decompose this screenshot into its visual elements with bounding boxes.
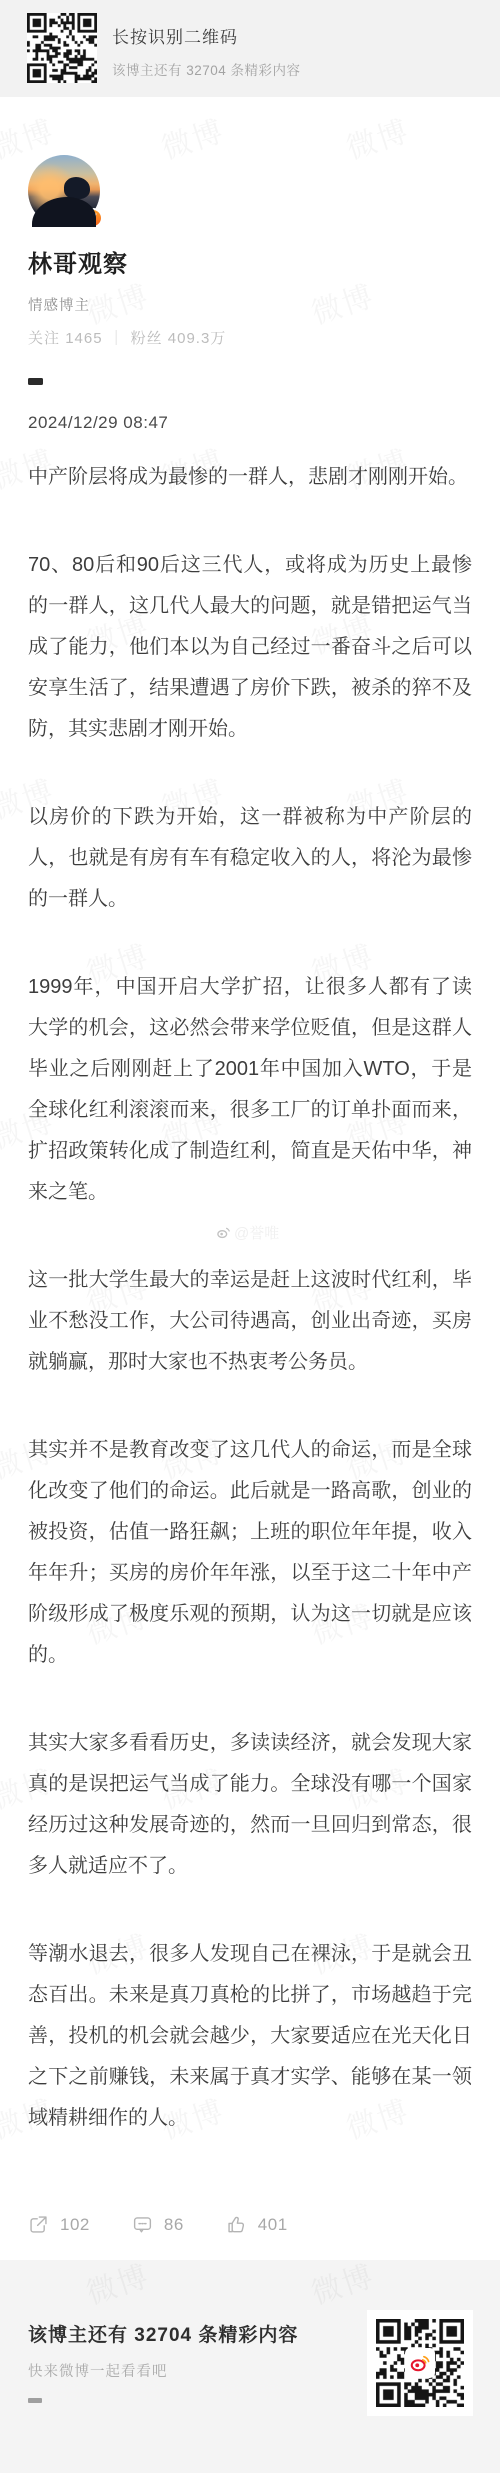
footer-title: 该博主还有 32704 条精彩内容 <box>28 2320 298 2347</box>
share-count: 102 <box>60 2215 90 2235</box>
user-role: 情感博主 <box>28 294 472 315</box>
action-bar: 102 86 401 <box>28 2214 330 2235</box>
comment-bubble-icon <box>132 2214 153 2235</box>
like-button[interactable]: 401 <box>226 2214 288 2235</box>
footer-dash <box>28 2398 42 2403</box>
post-paragraph: 其实并不是教育改变了这几代人的命运，而是全球化改变了他们的命运。此后就是一路高歌… <box>28 1430 472 1676</box>
post-paragraph: 1999年，中国开启大学扩招，让很多人都有了读大学的机会，这必然会带来学位贬值，… <box>28 967 472 1213</box>
post-body: 中产阶层将成为最惨的一群人，悲剧才刚刚开始。 70、80后和90后这三代人，或将… <box>28 457 472 2139</box>
comment-button[interactable]: 86 <box>132 2214 184 2235</box>
banner-subtitle: 该博主还有 32704 条精彩内容 <box>112 59 301 79</box>
top-qr-banner: 长按识别二维码 该博主还有 32704 条精彩内容 <box>0 0 500 97</box>
footer-promo: 该博主还有 32704 条精彩内容 快来微博一起看看吧 <box>0 2260 500 2473</box>
follow-count: 1465 <box>65 330 102 347</box>
post-paragraph: 等潮水退去，很多人发现自己在裸泳，于是就会丑态百出。未来是真刀真枪的比拼了，市场… <box>28 1934 472 2139</box>
stats-separator: ｜ <box>109 330 125 347</box>
footer-subtitle: 快来微博一起看看吧 <box>28 2360 168 2381</box>
follow-stats: 关注 1465｜粉丝 409.3万 <box>28 327 472 348</box>
share-button[interactable]: 102 <box>28 2214 90 2235</box>
weibo-logo <box>405 2348 435 2378</box>
post-card: V 林哥观察 情感博主 关注 1465｜粉丝 409.3万 2024/12/29… <box>0 97 500 2260</box>
verified-v-badge: V <box>83 208 103 228</box>
user-name[interactable]: 林哥观察 <box>28 244 472 279</box>
comment-count: 86 <box>164 2215 184 2235</box>
fans-label: 粉丝 <box>131 330 163 347</box>
banner-title: 长按识别二维码 <box>112 23 301 48</box>
follow-label: 关注 <box>28 330 60 347</box>
qr-code-top[interactable] <box>27 13 97 83</box>
qr-code-footer[interactable] <box>367 2310 473 2416</box>
fans-count: 409.3万 <box>168 330 227 347</box>
banner-text-block: 长按识别二维码 该博主还有 32704 条精彩内容 <box>112 23 301 79</box>
like-count: 401 <box>258 2215 288 2235</box>
post-paragraph: 70、80后和90后这三代人，或将成为历史上最惨的一群人，这几代人最大的问题，就… <box>28 545 472 750</box>
post-paragraph: 这一批大学生最大的幸运是赶上这波时代红利，毕业不愁没工作，大公司待遇高，创业出奇… <box>28 1260 472 1383</box>
post-paragraph: 其实大家多看看历史，多读读经济，就会发现大家真的是误把运气当成了能力。全球没有哪… <box>28 1723 472 1887</box>
post-paragraph: 以房价的下跌为开始，这一群被称为中产阶层的人，也就是有房有车有稳定收入的人，将沦… <box>28 797 472 920</box>
post-timestamp: 2024/12/29 08:47 <box>28 413 472 433</box>
divider-dash <box>28 378 43 385</box>
weibo-eye-icon <box>409 2352 431 2374</box>
share-arrow-icon <box>28 2214 49 2235</box>
thumbs-up-icon <box>226 2214 247 2235</box>
avatar[interactable]: V <box>28 155 100 227</box>
post-paragraph: 中产阶层将成为最惨的一群人，悲剧才刚刚开始。 <box>28 457 472 498</box>
